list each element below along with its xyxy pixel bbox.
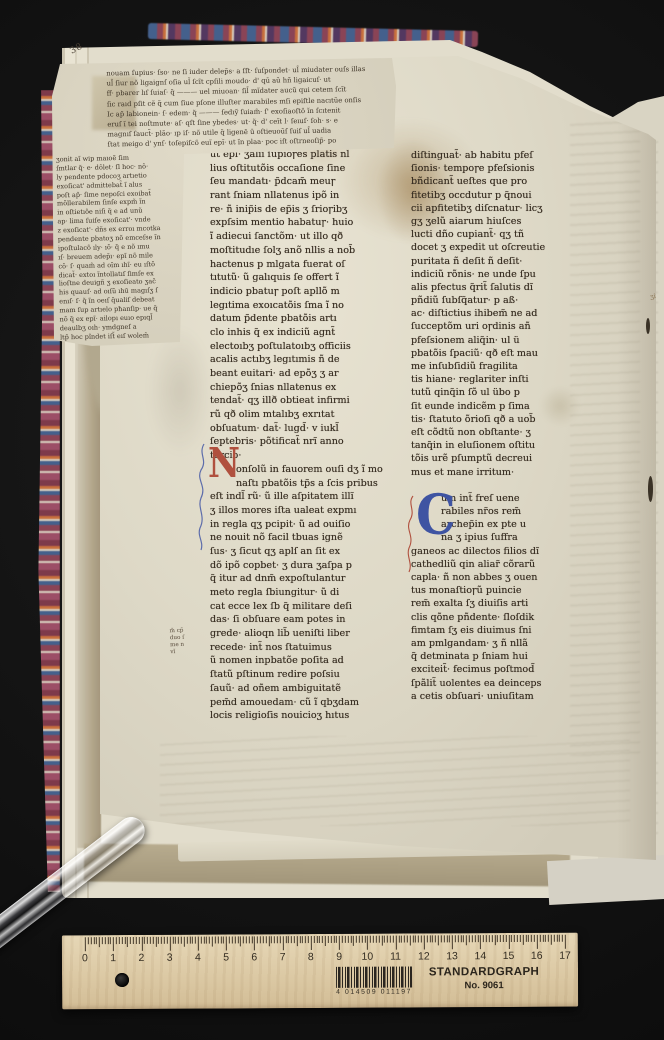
text-line: fitetibʒ occdutur p q̃noui — [411, 189, 581, 202]
initial-c-flourish-icon — [404, 494, 418, 574]
initial-n-red: N — [208, 443, 240, 484]
text-column-right: diſtinguat̃· ab habitu pfeſſionis· tempo… — [411, 149, 581, 703]
text-line: gʒ ʒelũ aiarum hiuſces — [411, 215, 581, 228]
text-line: locis religioſis nouicioʒ hıtus — [210, 709, 406, 723]
text-line: ltp̃ hoc pĩndet iſt̃ eıſ wolem̃ — [60, 330, 185, 342]
text-line: vĩ — [170, 649, 185, 656]
ruler-numbers: 01234567891011121314151617 — [85, 933, 567, 956]
text-line: me n — [170, 642, 185, 649]
text-line: a cetis obſuari· uniuſitam — [411, 690, 581, 703]
ruler: 01234567891011121314151617 4 014509 0111… — [62, 933, 578, 1010]
text-line: dõ ipõ copbet· ʒ dura ʒaſpa p — [210, 559, 406, 573]
grey-stain — [148, 326, 212, 456]
margin-note-left: m̃ cp̃duo ſme nvĩ — [170, 628, 185, 656]
fragment-text-narrow: ʒonit aı̃ wip maıoẽ ſimſmtlar q̃· e· dõl… — [56, 153, 185, 342]
text-line: obſuatum· dat̃· lugd̃· v iukl̃ — [210, 422, 406, 436]
text-line: docet ʒ expedit ut oſcreutie — [411, 241, 581, 254]
text-line: ſit eunde indicẽm p ſima — [411, 400, 581, 413]
text-line: beant euitari· ad epõʒ ʒ ar — [210, 367, 406, 381]
text-line: ac· diſtictius ihibem̃ ne ad — [411, 307, 581, 320]
initial-c-blue: C — [416, 488, 456, 543]
text-line: ſauũ· ad oñem ambiguitatẽ — [210, 682, 406, 696]
text-line: eſt indl̃ rũ· ũ ille aſpitatem illı̃ — [210, 490, 406, 504]
text-line: re· ñ inip̃is de ep̃is ʒ ſrioꞅibʒ — [210, 203, 406, 217]
text-line: legıtima exoıcatõis ſma ĩ no — [210, 299, 406, 313]
page-corner-over-marble — [547, 855, 664, 905]
text-line: expſsim mentio habatuꞅ· huio — [210, 216, 406, 230]
text-line: q̃ itur ad dnm̃ expoſtulantur — [210, 572, 406, 586]
text-line: cat ecce lex ſb q̃ militare deſi — [210, 600, 406, 614]
text-line: ſus· ʒ ſicut qʒ aplſ an ſit ex — [210, 545, 406, 559]
text-line: alis pfectus q̃rit̃ ſalutis dı̃ — [411, 281, 581, 294]
text-line: pbatõis ſpaciũ· qð eſt mau — [411, 347, 581, 360]
text-line: in regla qʒ pcipit· ũ ad ouiſio — [210, 518, 406, 532]
text-line: eſt cõdtũ non obſtante· ʒ — [411, 426, 581, 439]
text-line: am pmlgandam· ʒ ñ nllã — [411, 637, 581, 650]
text-line: clo inhis q̃ ex indiciũ agnt̃ — [210, 326, 406, 340]
text-line: ſpãlit̃ uolentes ea deinceps — [411, 677, 581, 690]
text-line: rant ſniam nllatenus ipõ in — [210, 189, 406, 203]
text-line: diſtinguat̃· ab habitu pfeſ — [411, 149, 581, 162]
text-line: pem̃d amouedam· cũ ĩ qbʒdam — [210, 696, 406, 710]
ruler-model: No. 9061 — [420, 980, 548, 992]
text-line: lius oſtitutõis occaſione ſine — [210, 162, 406, 176]
text-line: das· ſi obſuare eam potes in — [210, 613, 406, 627]
text-line: clis qõne pñdente· ſloſdik — [411, 611, 581, 624]
text-line: ũ nomen inpbatõe poſita ad — [210, 654, 406, 668]
text-line: tis· ſtatuto õrioſi qð a uob̃ — [411, 413, 581, 426]
parchment-flaw — [648, 476, 653, 502]
text-line: exciteit̃· fecimus poſtmod̃ — [411, 663, 581, 676]
text-line: q̃ detminata p ſniam hui — [411, 650, 581, 663]
text-line: recede· int̃ nos ſtatuimus — [210, 641, 406, 655]
text-line: rem̃ exalta ſʒ diuiſis arti — [411, 597, 581, 610]
barcode-digits: 4 014509 011197 — [334, 989, 414, 996]
text-line: indicio pbatuꞅ poſt apllõ m — [210, 285, 406, 299]
text-line: moſtitudıe ſolʒ anõ nllis a nob̃ — [210, 244, 406, 258]
text-line: ſucceptõm uri oꞅdinis añ — [411, 320, 581, 333]
parchment-flaw — [646, 318, 650, 334]
text-line: indiciũ rõnis· ne unde ſpu — [411, 268, 581, 281]
text-line: hactenus p mlgata fuerat oſ — [210, 258, 406, 272]
text-line: bñdicant̃ ueſtes que pro — [411, 175, 581, 188]
text-line: capla· ñ non abbes ʒ ouen — [411, 571, 581, 584]
text-line: puritata ñ deſit ñ deſit· — [411, 255, 581, 268]
text-line: ſtatũ pſtinum redire poſsiu — [210, 668, 406, 682]
text-line: datum p̃dente pbatõis artı — [210, 312, 406, 326]
text-line: fimtam ſʒ eis diuimus ſni — [411, 624, 581, 637]
text-line: ʒ illos mores iſta ualeat expmı — [210, 504, 406, 518]
verso-showthrough-bottom — [160, 736, 630, 826]
text-line: tanq̃in in eluſionem oſtitu — [411, 439, 581, 452]
text-line: cathedliũ qin aliar̃ cõrarũ — [411, 558, 581, 571]
text-line: me inſubſidiũ fragilita — [411, 360, 581, 373]
text-line: acalis actıbʒ legıtımis ñ de — [210, 353, 406, 367]
initial-n-flourish-icon — [196, 442, 210, 552]
barcode-icon — [336, 967, 412, 988]
ruler-brand: STANDARDGRAPH — [420, 966, 548, 979]
text-column-left: ut ep̃i· ʒalii ſupioꞅes platis nl̃lius o… — [210, 148, 406, 723]
fragment-text-wide: nouam ſupius· ſso· ne ſi iuder delep̃s· … — [106, 64, 393, 150]
manuscript-photo-scene: · xii · ut ep̃i· ʒalii ſupioꞅes platis n… — [0, 0, 664, 1040]
text-line: mus et mane irritum· — [411, 466, 581, 479]
text-line: lucti dño cupiant̃· qʒ tñ — [411, 228, 581, 241]
text-line: grede· alioqn lib̃ ueniſti liber — [210, 627, 406, 641]
text-line: ĩ adiecui ſanctõm· ut illo qð — [210, 230, 406, 244]
text-line: ne nouit nõ facil tbuas ignẽ — [210, 531, 406, 545]
text-line: tıtutũ· ũ galıquis ſe offert ĩ — [210, 271, 406, 285]
text-line: electoıbʒ poſtulatoıbʒ officiis — [210, 340, 406, 354]
text-line: chiepõʒ ſnias nllatenus ex — [210, 381, 406, 395]
text-line: tutũ qinq̃in ſõ ul übo p — [411, 386, 581, 399]
text-line: meto regla ſbiungitur· ũ di — [210, 586, 406, 600]
text-line: tõis urẽ pſumptũ decreui — [411, 452, 581, 465]
ruler-brand-block: STANDARDGRAPH No. 9061 — [420, 966, 548, 992]
text-line: rũ qð olim mtalıbʒ exrıtat — [210, 408, 406, 422]
text-line: tendat̃· qʒ illð obtieat infirmi — [210, 394, 406, 408]
ruler-barcode-block: 4 014509 011197 — [334, 967, 414, 996]
ruler-hole — [115, 973, 129, 987]
text-line: tus monaſtioꞅũ puincie — [411, 584, 581, 597]
text-line: pñdiũ ſubſq̃atur· p aß· — [411, 294, 581, 307]
text-line: tis hiane· reglariter inſti — [411, 373, 581, 386]
text-line: cii apfitetibʒ diſcnatur· licʒ — [411, 202, 581, 215]
text-line: ſeu mandatı· p̃dcam̃ meuꞅ — [210, 175, 406, 189]
text-line: ſionis· tempoꞅe pfeſsionis — [411, 162, 581, 175]
text-line: pfeſsionem aliq̃in· ul ü — [411, 334, 581, 347]
